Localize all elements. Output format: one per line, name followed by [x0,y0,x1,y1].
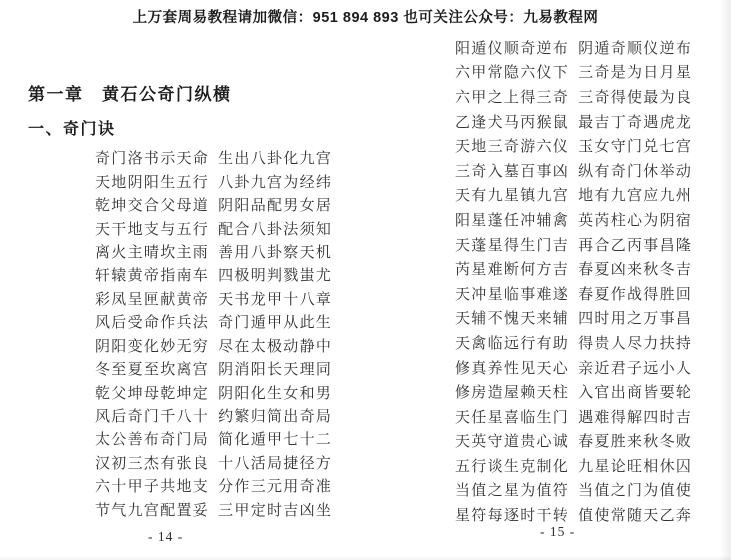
verse-first-half: 乙逢犬马丙猴鼠 [455,111,569,132]
verse-second-half: 玉女守门兑七宫 [578,135,692,156]
verse-first-half: 天干地支与五行 [95,218,209,239]
verse-second-half: 善用八卦察天机 [218,241,332,262]
verse-line: 天有九星镇九宫地有九宫应九州 [455,183,692,208]
verse-line: 六甲常隐六仪下三奇是为日月星 [455,60,692,85]
verse-second-half: 约繁归简出奇局 [218,405,332,426]
verse-first-half: 轩辕黄帝指南车 [95,264,209,285]
verse-first-half: 修房造屋赖天柱 [455,381,569,402]
verse-line: 乙逢犬马丙猴鼠最吉丁奇遇虎龙 [455,109,692,134]
verse-first-half: 风后奇门千八十 [95,405,209,426]
verse-first-half: 风后受命作兵法 [95,311,209,332]
verse-line: 天干地支与五行配合八卦法须知 [95,216,332,239]
chapter-title: 第一章 黄石公奇门纵横 [28,80,232,105]
verse-line: 修房造屋赖天柱入官出商皆要轮 [455,379,692,404]
verse-first-half: 太公善布奇门局 [95,428,209,449]
verse-line: 离火主晴坎主雨善用八卦察天机 [95,240,332,263]
verse-first-half: 五行谈生克制化 [455,455,569,476]
verse-first-half: 冬至夏至坎离宫 [95,358,209,379]
verse-first-half: 离火主晴坎主雨 [95,241,209,262]
verse-first-half: 星符每逐时干转 [455,504,569,525]
verse-first-half: 修真养性见天心 [455,357,569,378]
verse-first-half: 六甲常隐六仪下 [455,61,569,82]
verse-line: 天蓬星得生门吉再合乙丙事昌隆 [455,232,692,257]
verse-second-half: 再合乙丙事昌隆 [578,234,692,255]
verse-line: 天英守道贵心诚春夏胜来秋冬败 [455,429,692,454]
verse-first-half: 奇门洛书示天命 [95,147,209,168]
verse-second-half: 得贵人尽力扶持 [578,332,692,353]
verse-second-half: 三奇得使最为良 [578,86,692,107]
verse-line: 天地三奇游六仪玉女守门兑七宫 [455,133,692,158]
verse-second-half: 英芮柱心为阴宿 [578,209,692,230]
verse-second-half: 配合八卦法须知 [218,218,332,239]
verse-first-half: 天地阴阳生五行 [95,171,209,192]
verse-second-half: 亲近君子远小人 [578,357,692,378]
verse-first-half: 阳星蓬任冲辅禽 [455,209,569,230]
left-page-verse-list: 奇门洛书示天命生出八卦化九宫天地阴阳生五行八卦九宫为经纬乾坤交合父母道阴阳品配男… [95,146,332,521]
verse-line: 轩辕黄帝指南车四极明判戮蚩尤 [95,263,332,286]
verse-line: 冬至夏至坎离宫阴消阳长天理同 [95,357,332,380]
verse-second-half: 分作三元用奇准 [218,475,332,496]
verse-line: 汉初三杰有张良十八活局捷径方 [95,451,332,474]
verse-second-half: 九星论旺相休囚 [578,455,692,476]
verse-second-half: 简化遁甲七十二 [218,428,332,449]
verse-line: 修真养性见天心亲近君子远小人 [455,355,692,380]
verse-second-half: 阴消阳长天理同 [218,358,332,379]
verse-line: 天任星喜临生门遇难得解四时吉 [455,404,692,429]
verse-line: 彩凤呈匣献黄帝天书龙甲十八章 [95,287,332,310]
verse-second-half: 尽在太极动静中 [218,335,332,356]
verse-first-half: 阴阳变化妙无穷 [95,335,209,356]
verse-second-half: 遇难得解四时吉 [578,406,692,427]
verse-second-half: 阴阳化生女和男 [218,382,332,403]
promo-header-text: 上万套周易教程请加微信：951 894 893 也可关注公众号：九易教程网 [0,6,731,27]
verse-line: 天禽临远行有助得贵人尽力扶持 [455,330,692,355]
verse-line: 节气九宫配置妥三甲定时吉凶坐 [95,498,332,521]
verse-first-half: 天蓬星得生门吉 [455,234,569,255]
scan-bottom-artifact [0,556,731,560]
verse-first-half: 六十甲子共地支 [95,475,209,496]
verse-second-half: 生出八卦化九宫 [218,147,332,168]
verse-second-half: 天书龙甲十八章 [218,288,332,309]
verse-second-half: 值使常随天乙奔 [578,504,692,525]
scan-edge-artifact [719,0,731,560]
verse-line: 六甲之上得三奇三奇得使最为良 [455,84,692,109]
verse-line: 乾父坤母乾坤定阴阳化生女和男 [95,380,332,403]
verse-line: 五行谈生克制化九星论旺相休囚 [455,453,692,478]
verse-line: 阳星蓬任冲辅禽英芮柱心为阴宿 [455,207,692,232]
verse-second-half: 阴阳品配男女居 [218,194,332,215]
verse-first-half: 乾父坤母乾坤定 [95,382,209,403]
verse-line: 风后受命作兵法奇门遁甲从此生 [95,310,332,333]
verse-line: 天冲星临事难遂春夏作战得胜回 [455,281,692,306]
verse-line: 奇门洛书示天命生出八卦化九宫 [95,146,332,169]
verse-second-half: 春夏胜来秋冬败 [578,430,692,451]
right-page-verse-list: 阳遁仪顺奇逆布阴遁奇顺仪逆布六甲常隐六仪下三奇是为日月星六甲之上得三奇三奇得使最… [455,35,692,527]
verse-line: 天地阴阳生五行八卦九宫为经纬 [95,169,332,192]
scanned-book-spread: 上万套周易教程请加微信：951 894 893 也可关注公众号：九易教程网 第一… [0,0,731,560]
verse-first-half: 乾坤交合父母道 [95,194,209,215]
page-number-right: - 15 - [540,524,575,540]
verse-second-half: 三奇是为日月星 [578,61,692,82]
verse-first-half: 天禽临远行有助 [455,332,569,353]
verse-line: 风后奇门千八十约繁归简出奇局 [95,404,332,427]
verse-second-half: 三甲定时吉凶坐 [218,499,332,520]
verse-line: 乾坤交合父母道阴阳品配男女居 [95,193,332,216]
page-number-left: - 14 - [148,529,183,545]
verse-line: 六十甲子共地支分作三元用奇准 [95,474,332,497]
verse-second-half: 当值之门为值使 [578,479,692,500]
verse-line: 阳遁仪顺奇逆布阴遁奇顺仪逆布 [455,35,692,60]
verse-line: 天辅不愧天来辅四时用之万事昌 [455,306,692,331]
verse-line: 阴阳变化妙无穷尽在太极动静中 [95,334,332,357]
verse-second-half: 阴遁奇顺仪逆布 [578,37,692,58]
verse-line: 当值之星为值符当值之门为值使 [455,478,692,503]
verse-first-half: 阳遁仪顺奇逆布 [455,37,569,58]
verse-second-half: 入官出商皆要轮 [578,381,692,402]
verse-first-half: 芮星难断何方吉 [455,258,569,279]
verse-first-half: 六甲之上得三奇 [455,86,569,107]
verse-second-half: 纵有奇门休举动 [578,160,692,181]
verse-first-half: 天地三奇游六仪 [455,135,569,156]
verse-first-half: 天冲星临事难遂 [455,283,569,304]
section-title: 一、奇门诀 [28,116,116,139]
verse-line: 三奇入墓百事凶纵有奇门休举动 [455,158,692,183]
verse-second-half: 奇门遁甲从此生 [218,311,332,332]
verse-first-half: 汉初三杰有张良 [95,452,209,473]
verse-second-half: 八卦九宫为经纬 [218,171,332,192]
verse-first-half: 天辅不愧天来辅 [455,307,569,328]
verse-first-half: 天英守道贵心诚 [455,430,569,451]
verse-first-half: 节气九宫配置妥 [95,499,209,520]
verse-second-half: 春夏凶来秋冬吉 [578,258,692,279]
verse-first-half: 当值之星为值符 [455,479,569,500]
verse-first-half: 天有九星镇九宫 [455,184,569,205]
verse-second-half: 地有九宫应九州 [578,184,692,205]
verse-first-half: 三奇入墓百事凶 [455,160,569,181]
verse-first-half: 彩凤呈匣献黄帝 [95,288,209,309]
verse-first-half: 天任星喜临生门 [455,406,569,427]
verse-line: 芮星难断何方吉春夏凶来秋冬吉 [455,256,692,281]
verse-line: 太公善布奇门局简化遁甲七十二 [95,427,332,450]
verse-second-half: 春夏作战得胜回 [578,283,692,304]
verse-second-half: 四时用之万事昌 [578,307,692,328]
verse-second-half: 四极明判戮蚩尤 [218,264,332,285]
verse-second-half: 最吉丁奇遇虎龙 [578,111,692,132]
verse-second-half: 十八活局捷径方 [218,452,332,473]
